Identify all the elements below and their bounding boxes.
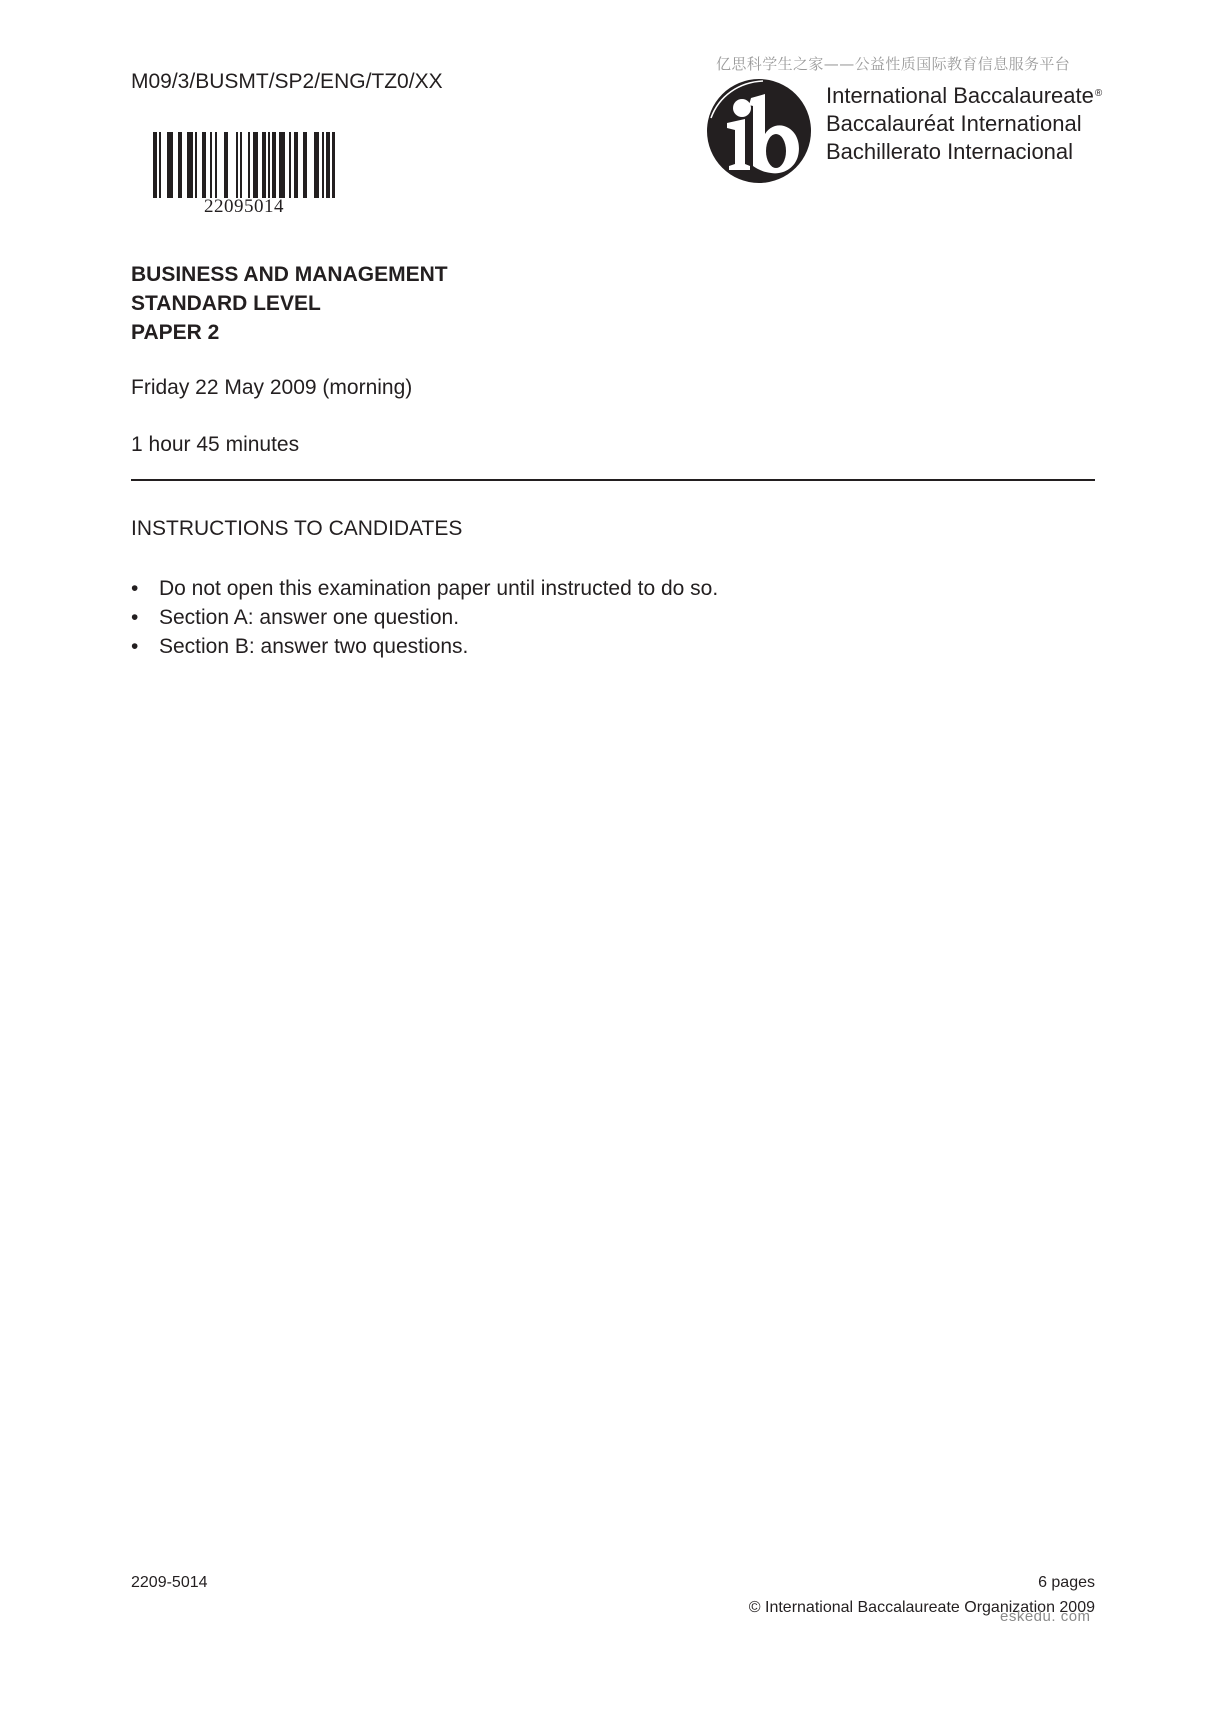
barcode-icon: [153, 132, 335, 198]
level-title: STANDARD LEVEL: [131, 289, 448, 318]
ib-name-french: Baccalauréat International: [826, 110, 1102, 138]
bullet-icon: •: [131, 574, 138, 603]
paper-title: PAPER 2: [131, 318, 448, 347]
exam-duration: 1 hour 45 minutes: [131, 433, 299, 457]
ib-name-english: International Baccalaureate®: [826, 82, 1102, 110]
instructions-list: • Do not open this examination paper unt…: [131, 574, 718, 661]
exam-title: BUSINESS AND MANAGEMENT STANDARD LEVEL P…: [131, 260, 448, 347]
instruction-item: • Do not open this examination paper unt…: [131, 574, 718, 603]
instruction-item: • Section A: answer one question.: [131, 603, 718, 632]
barcode-number: 22095014: [153, 197, 335, 217]
bullet-icon: •: [131, 603, 138, 632]
instruction-text: Section B: answer two questions.: [159, 635, 468, 658]
subject-title: BUSINESS AND MANAGEMENT: [131, 260, 448, 289]
page-count: 6 pages: [1038, 1574, 1095, 1592]
ib-name-spanish: Bachillerato Internacional: [826, 138, 1102, 166]
instruction-text: Section A: answer one question.: [159, 606, 459, 629]
exam-date: Friday 22 May 2009 (morning): [131, 376, 412, 400]
instruction-text: Do not open this examination paper until…: [159, 577, 718, 600]
paper-code: M09/3/BUSMT/SP2/ENG/TZ0/XX: [131, 70, 443, 94]
footer-watermark: eskedu. com: [1000, 1608, 1091, 1625]
footer-code: 2209-5014: [131, 1574, 208, 1592]
divider: [131, 479, 1095, 481]
ib-logo-icon: [705, 78, 813, 184]
ib-organization-names: International Baccalaureate® Baccalauréa…: [826, 82, 1102, 166]
instructions-heading: INSTRUCTIONS TO CANDIDATES: [131, 517, 462, 541]
registered-mark: ®: [1095, 88, 1102, 99]
instruction-item: • Section B: answer two questions.: [131, 632, 718, 661]
ib-name-english-text: International Baccalaureate: [826, 83, 1094, 108]
bullet-icon: •: [131, 632, 138, 661]
watermark-text: 亿思科学生之家——公益性质国际教育信息服务平台: [716, 53, 1070, 74]
